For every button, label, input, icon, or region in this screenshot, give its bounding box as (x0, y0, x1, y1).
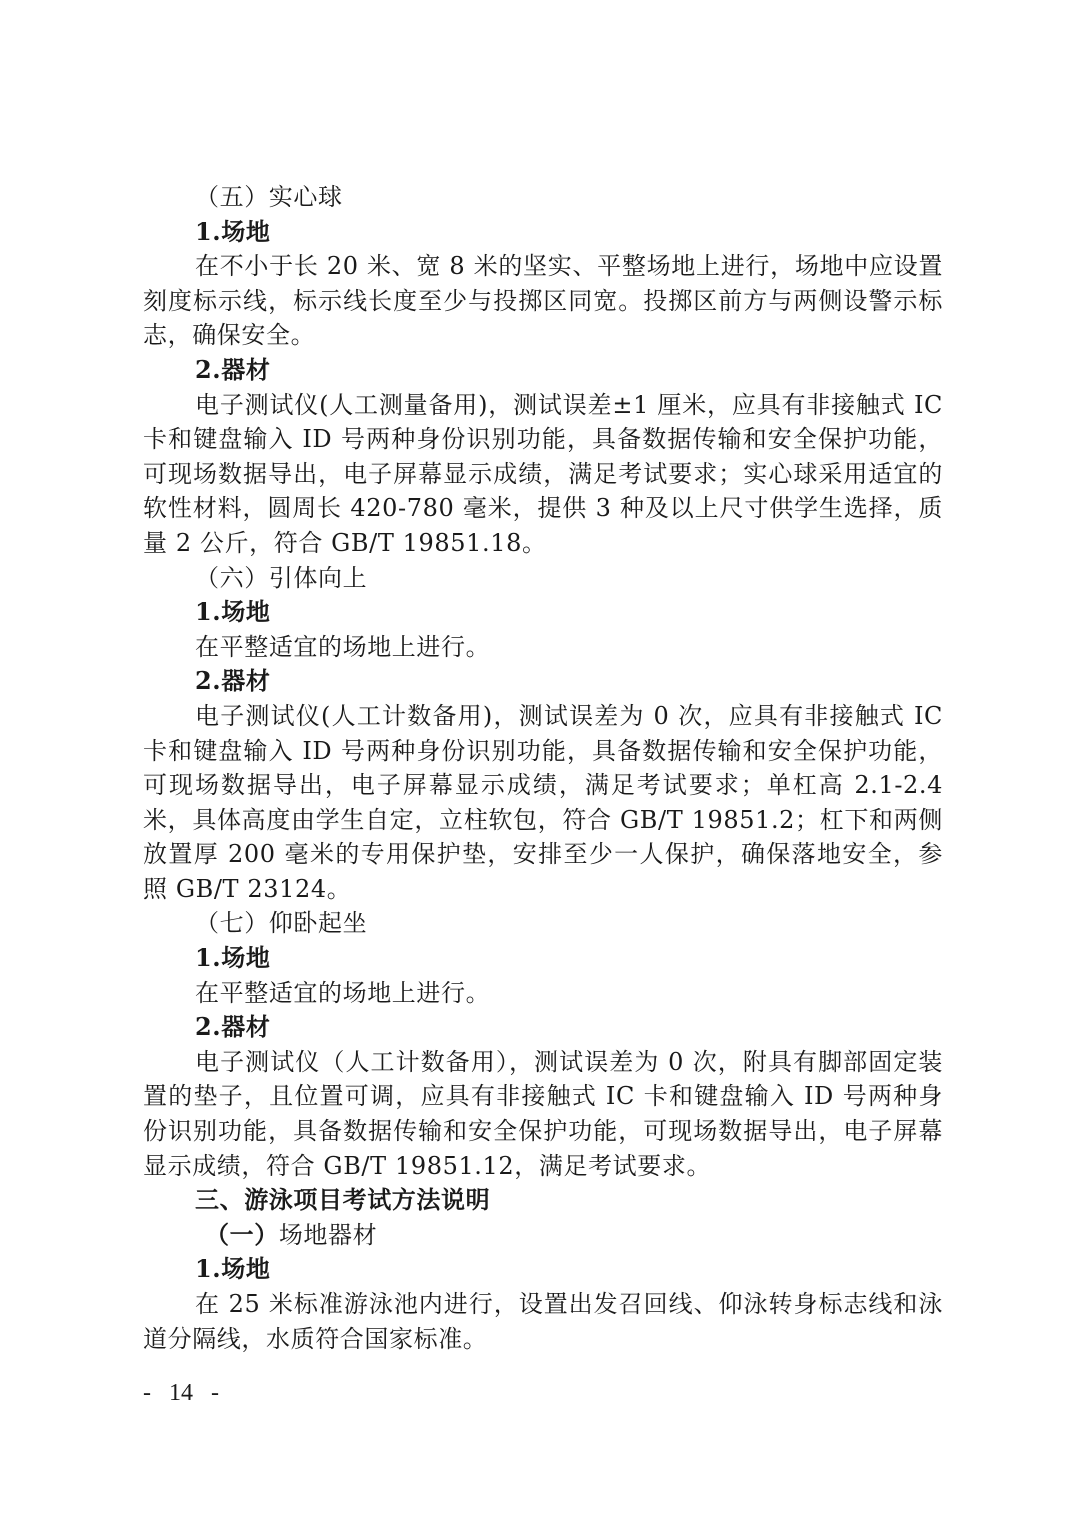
paragraph-site-requirements: 在不小于长 20 米、宽 8 米的坚实、平整场地上进行，场地中应设置刻度标示线，… (143, 249, 943, 353)
subheading-site: 1.场地 (143, 1252, 943, 1287)
subheading-site: 1.场地 (143, 215, 943, 250)
paragraph-site-requirements: 在 25 米标准游泳池内进行，设置出发召回线、仰泳转身标志线和泳道分隔线，水质符… (143, 1287, 943, 1356)
subheading-equipment: 2.器材 (143, 1010, 943, 1045)
chapter-heading-swimming: 三、游泳项目考试方法说明 (143, 1183, 943, 1218)
section-heading-shot-put: （五）实心球 (143, 180, 943, 215)
document-page: （五）实心球 1.场地 在不小于长 20 米、宽 8 米的坚实、平整场地上进行，… (143, 180, 943, 1356)
section-number: （一） (205, 1221, 279, 1249)
subheading-equipment: 2.器材 (143, 664, 943, 699)
paragraph-equipment-requirements: 电子测试仪(人工测量备用)，测试误差±1 厘米，应具有非接触式 IC 卡和键盘输… (143, 388, 943, 561)
page-number: - 14 - (143, 1380, 219, 1407)
section-heading-sit-up: （七）仰卧起坐 (143, 906, 943, 941)
section-heading-pull-up: （六）引体向上 (143, 561, 943, 596)
section-title: 场地器材 (279, 1221, 377, 1249)
paragraph-equipment-requirements: 电子测试仪（人工计数备用），测试误差为 0 次，附具有脚部固定装置的垫子，且位置… (143, 1045, 943, 1183)
subheading-equipment: 2.器材 (143, 353, 943, 388)
subheading-site: 1.场地 (143, 941, 943, 976)
paragraph-equipment-requirements: 电子测试仪(人工计数备用)，测试误差为 0 次，应具有非接触式 IC 卡和键盘输… (143, 699, 943, 907)
section-heading-venue-equipment: （一）场地器材 (143, 1218, 943, 1253)
paragraph-site-requirements: 在平整适宜的场地上进行。 (143, 976, 943, 1011)
subheading-site: 1.场地 (143, 595, 943, 630)
paragraph-site-requirements: 在平整适宜的场地上进行。 (143, 630, 943, 665)
